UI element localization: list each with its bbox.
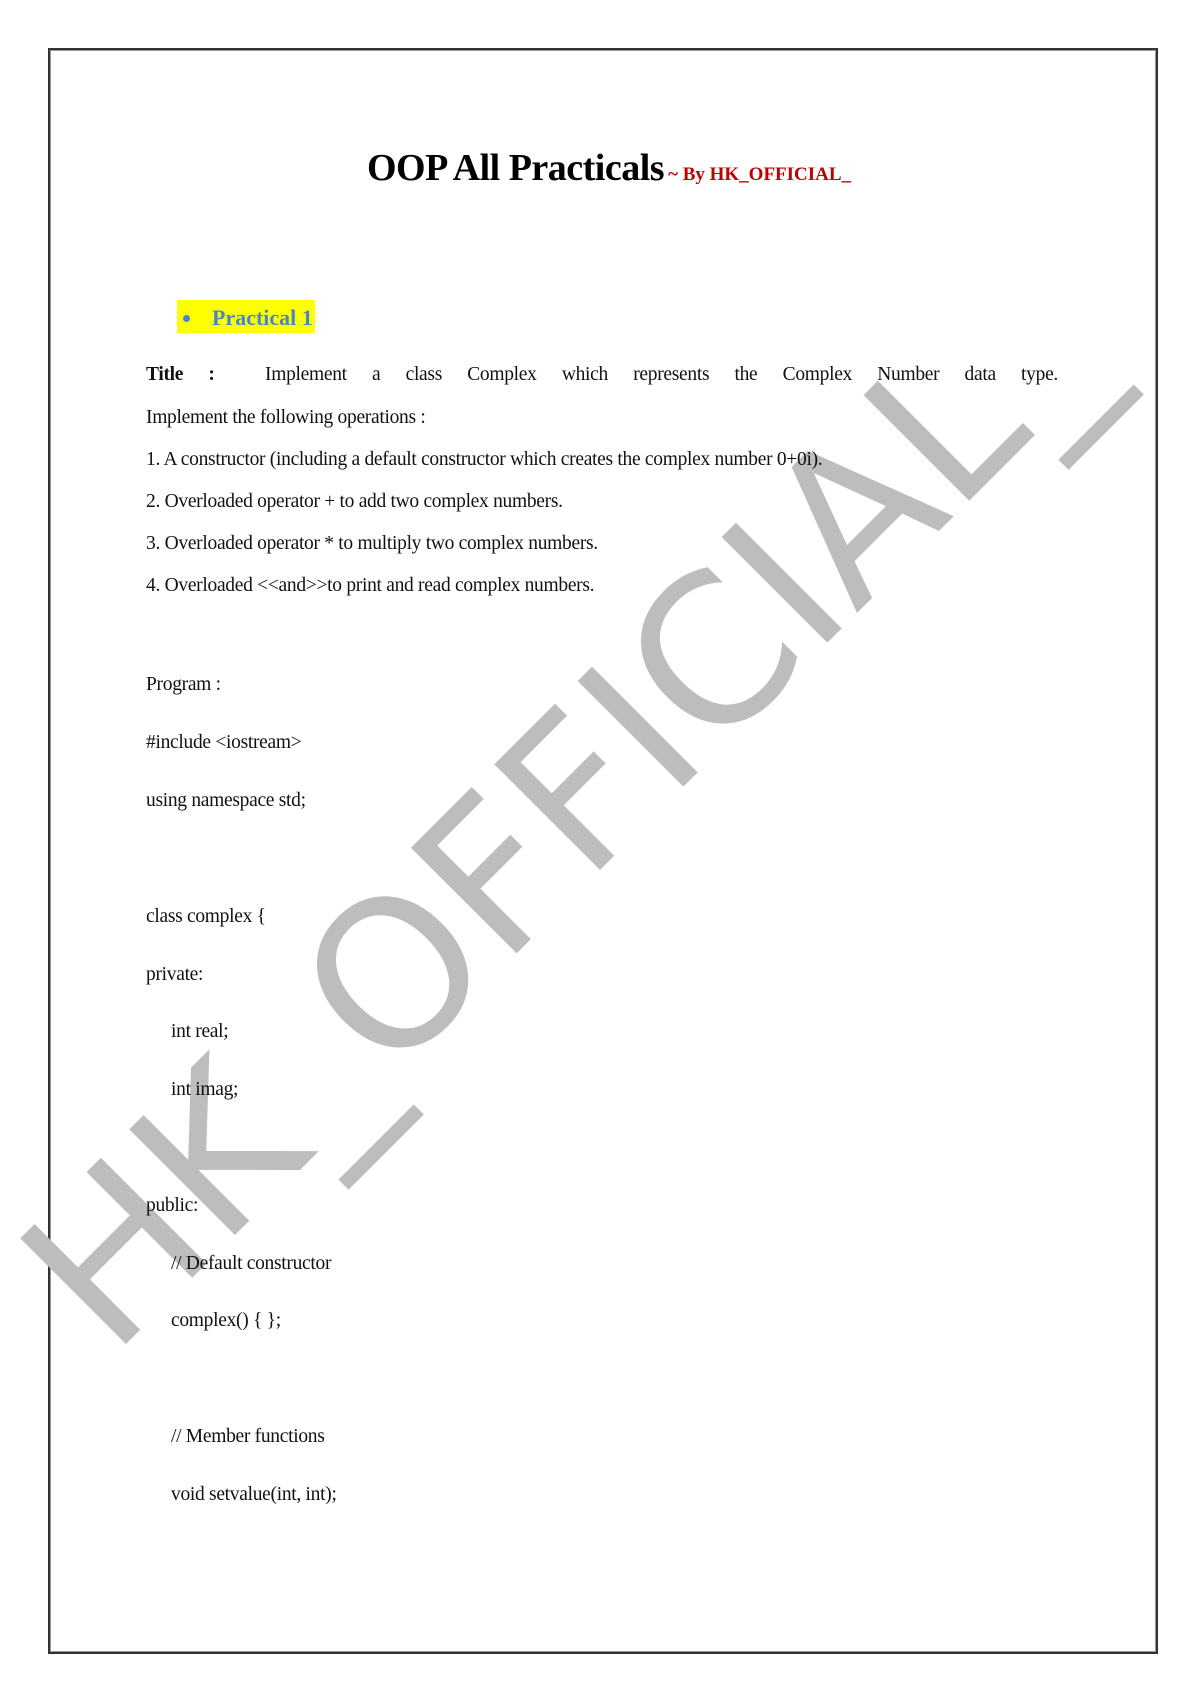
code-line: int imag; <box>146 1079 238 1101</box>
operation-item: 2. Overloaded operator + to add two comp… <box>146 491 563 513</box>
code-line: using namespace std; <box>146 790 306 812</box>
document-page: OOP All Practicals~ By HK_OFFICIAL_ Prac… <box>0 0 1200 1696</box>
practical-title: Title : Implement a class Complex which … <box>146 364 1058 386</box>
code-line: private: <box>146 964 203 986</box>
practical-heading: Practical 1 <box>177 300 315 333</box>
code-line: // Default constructor <box>146 1253 331 1275</box>
code-line: int real; <box>146 1021 228 1043</box>
code-line: class complex { <box>146 906 266 928</box>
document-byline: ~ By HK_OFFICIAL_ <box>668 164 851 185</box>
bullet-icon <box>183 315 190 322</box>
practical-heading-label: Practical 1 <box>212 305 313 330</box>
document-header: OOP All Practicals~ By HK_OFFICIAL_ <box>367 146 851 190</box>
operation-item: 1. A constructor (including a default co… <box>146 449 822 471</box>
code-line: complex() { }; <box>146 1310 281 1332</box>
code-line: #include <iostream> <box>146 732 301 754</box>
code-line: void setvalue(int, int); <box>146 1484 337 1506</box>
operation-item: 3. Overloaded operator * to multiply two… <box>146 533 598 555</box>
document-title: OOP All Practicals <box>367 147 664 189</box>
title-label: Title : <box>146 364 215 385</box>
operation-item: 4. Overloaded <<and>>to print and read c… <box>146 575 594 597</box>
program-label: Program : <box>146 674 221 696</box>
title-continuation: Implement the following operations : <box>146 407 425 429</box>
code-line: // Member functions <box>146 1426 325 1448</box>
title-text: Implement a class Complex which represen… <box>265 364 1058 385</box>
code-line: public: <box>146 1195 198 1217</box>
